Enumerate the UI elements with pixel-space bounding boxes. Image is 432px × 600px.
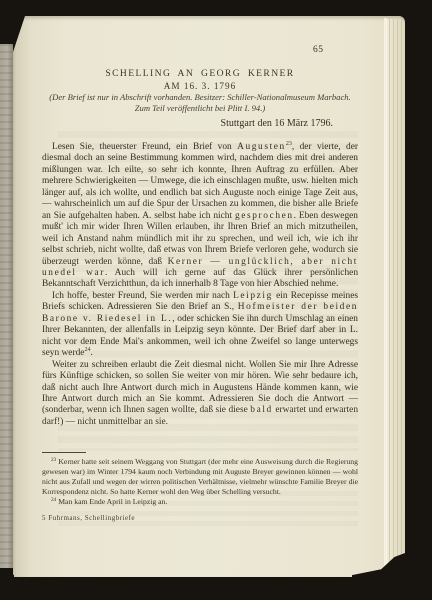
page-fore-edge xyxy=(385,19,405,574)
body-text: . xyxy=(90,348,92,358)
footnotes: 23 Kerner hatte seit seinem Weggang von … xyxy=(42,457,358,507)
body-text: Lesen Sie, theuerster Freund, ein Brief … xyxy=(52,142,237,152)
page-number: 65 xyxy=(313,45,324,55)
letter-dateline: Stuttgart den 16 März 1796. xyxy=(42,118,358,129)
letter-date-heading: AM 16. 3. 1796 xyxy=(42,81,358,91)
body-text: , der vierte, der diesmal doch an seine … xyxy=(42,142,358,221)
letter-heading: SCHELLING AN GEORG KERNER AM 16. 3. 1796 xyxy=(42,68,358,91)
footnote: 23 Kerner hatte seit seinem Weggang von … xyxy=(42,457,358,497)
book-page: 65 SCHELLING AN GEORG KERNER AM 16. 3. 1… xyxy=(13,16,405,577)
letter-paragraph: Weiter zu schreiben erlaubt die Zeit die… xyxy=(42,360,358,429)
book-scan: 65 SCHELLING AN GEORG KERNER AM 16. 3. 1… xyxy=(0,0,432,600)
letterspaced-text: bald xyxy=(250,405,273,415)
footnote: 24 Man kam Ende April in Leipzig an. xyxy=(42,497,358,507)
provenance-note-line2: Zum Teil veröffentlicht bei Plitt I. 94.… xyxy=(42,103,358,113)
letter-body: Lesen Sie, theuerster Freund, ein Brief … xyxy=(42,142,358,428)
letterspaced-text: gesprochen xyxy=(235,211,294,221)
letter-title: SCHELLING AN GEORG KERNER xyxy=(42,68,358,79)
fore-edge-highlight xyxy=(384,18,387,574)
body-text: Ich hoffe, bester Freund, Sie werden mir… xyxy=(52,291,233,301)
letterspaced-text: Augusten xyxy=(237,142,286,152)
facing-page-edge xyxy=(0,44,13,568)
provenance-note-line1: (Der Brief ist nur in Abschrift vorhande… xyxy=(42,92,358,102)
letter-paragraph: Ich hoffe, bester Freund, Sie werden mir… xyxy=(42,291,358,360)
letterspaced-text: Leipzig xyxy=(233,291,273,301)
letter-paragraph: Lesen Sie, theuerster Freund, ein Brief … xyxy=(42,142,358,291)
printer-signature: 5 Fuhrmans, Schellingbriefe xyxy=(42,514,135,522)
footnote-text: Kerner hatte seit seinem Weggang von Stu… xyxy=(42,457,358,496)
footnote-text: Man kam Ende April in Leipzig an. xyxy=(56,497,167,506)
footnote-separator xyxy=(42,452,86,453)
